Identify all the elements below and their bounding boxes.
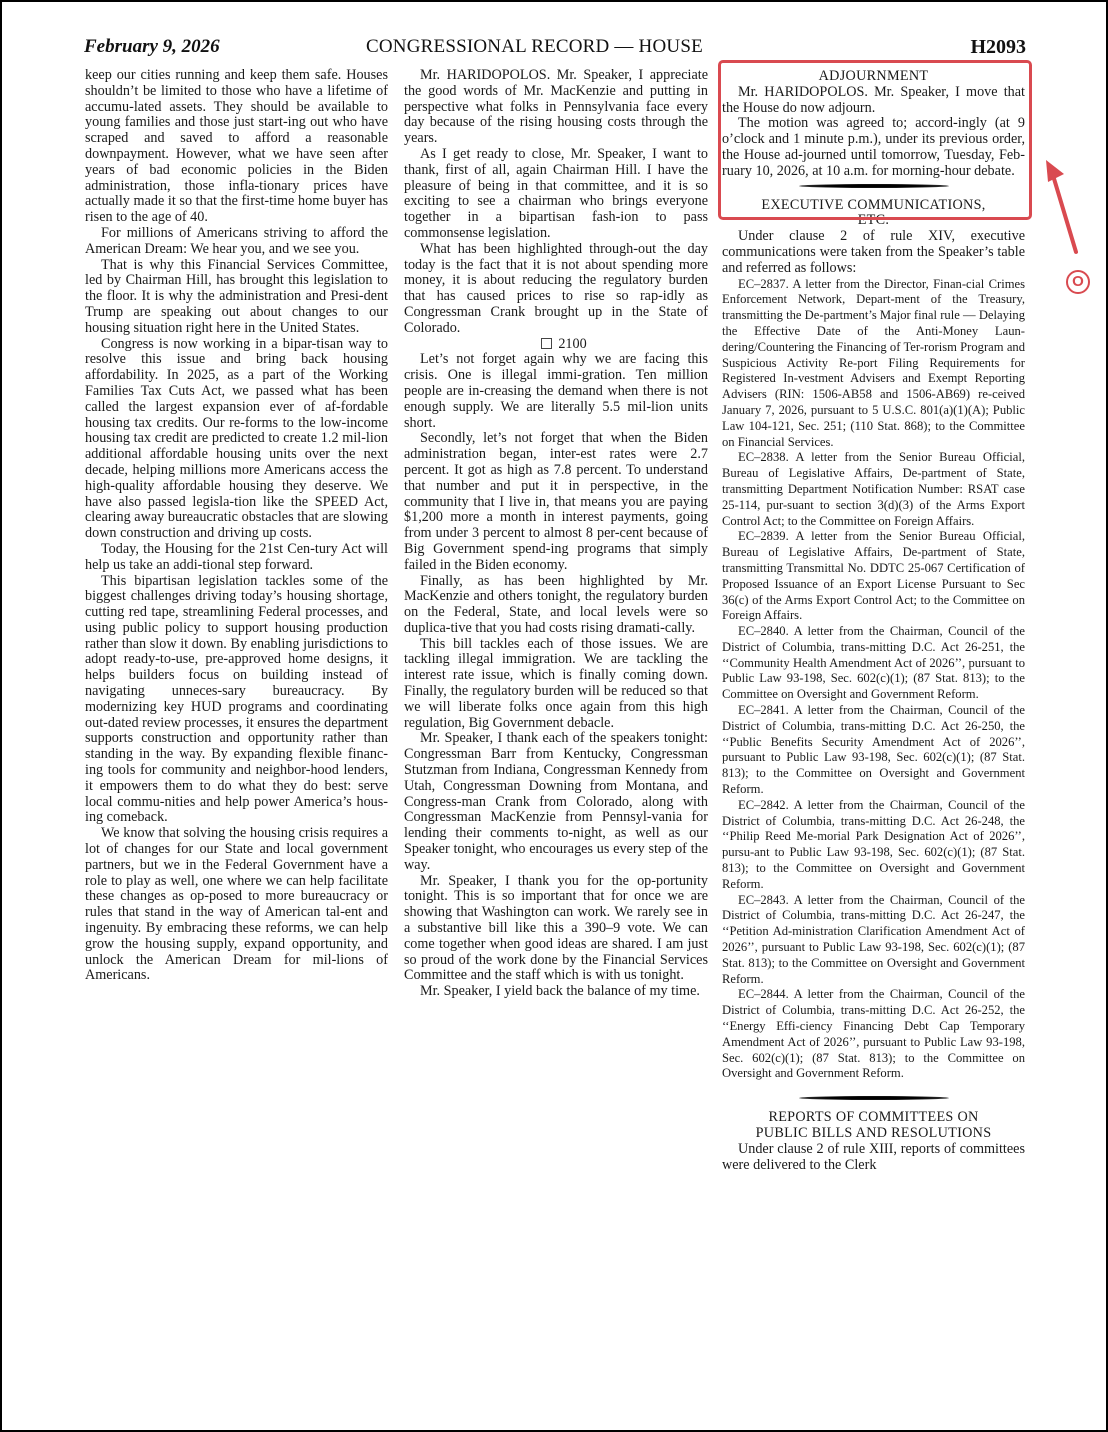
paragraph: This bill tackles each of those issues. … — [404, 637, 708, 732]
ec-item: EC–2841. A letter from the Chairman, Cou… — [722, 703, 1025, 798]
column-2: Mr. HARIDOPOLOS. Mr. Speaker, I apprecia… — [404, 68, 708, 1000]
paragraph: As I get ready to close, Mr. Speaker, I … — [404, 147, 708, 242]
paragraph: The motion was agreed to; accord-ingly (… — [722, 116, 1025, 179]
paragraph: Under clause 2 of rule XIII, reports of … — [722, 1142, 1025, 1174]
paragraph: Secondly, let’s not forget that when the… — [404, 431, 708, 573]
paragraph: Finally, as has been highlighted by Mr. … — [404, 574, 708, 637]
exec-comm-heading-line1: EXECUTIVE COMMUNICATIONS, — [722, 198, 1025, 214]
paragraph: Today, the Housing for the 21st Cen-tury… — [85, 542, 388, 574]
paragraph: Mr. Speaker, I thank you for the op-port… — [404, 874, 708, 985]
paragraph: Mr. Speaker, I yield back the balance of… — [404, 984, 708, 1000]
paragraph: For millions of Americans striving to af… — [85, 226, 388, 258]
header-title: CONGRESSIONAL RECORD — HOUSE — [366, 36, 703, 58]
paragraph: Mr. Speaker, I thank each of the speaker… — [404, 731, 708, 873]
annotation-arrow-icon — [1042, 152, 1092, 262]
paragraph: Mr. HARIDOPOLOS. Mr. Speaker, I apprecia… — [404, 68, 708, 147]
paragraph: Let’s not forget again why we are facing… — [404, 352, 708, 431]
paragraph: Congress is now working in a bipar-tisan… — [85, 337, 388, 542]
column-3: ADJOURNMENT Mr. HARIDOPOLOS. Mr. Speaker… — [722, 68, 1025, 1173]
executive-communications-section: EXECUTIVE COMMUNICATIONS, ETC. Under cla… — [722, 198, 1025, 1083]
header-page-number: H2093 — [970, 36, 1026, 59]
ec-item: EC–2843. A letter from the Chairman, Cou… — [722, 893, 1025, 988]
ec-item: EC–2838. A letter from the Senior Bureau… — [722, 450, 1025, 529]
annotation-label: O — [1066, 270, 1090, 294]
section-divider — [799, 184, 949, 188]
paragraph: We know that solving the housing crisis … — [85, 826, 388, 984]
time-marker-text: 2100 — [558, 336, 586, 352]
ec-item: EC–2842. A letter from the Chairman, Cou… — [722, 798, 1025, 893]
document-page: February 9, 2026 CONGRESSIONAL RECORD — … — [2, 2, 1106, 1430]
ec-item: EC–2837. A letter from the Director, Fin… — [722, 277, 1025, 451]
paragraph: What has been highlighted through-out th… — [404, 242, 708, 337]
paragraph: This bipartisan legislation tackles some… — [85, 574, 388, 827]
time-marker: 2100 — [404, 337, 708, 353]
adjournment-heading: ADJOURNMENT — [722, 69, 1025, 85]
exec-comm-heading-line2: ETC. — [722, 213, 1025, 229]
reports-heading-line2: PUBLIC BILLS AND RESOLUTIONS — [722, 1126, 1025, 1142]
ec-item: EC–2840. A letter from the Chairman, Cou… — [722, 624, 1025, 703]
column-1: keep our cities running and keep them sa… — [85, 68, 388, 984]
checkbox-square-icon — [541, 338, 552, 349]
paragraph: keep our cities running and keep them sa… — [85, 68, 388, 226]
section-divider — [799, 1096, 949, 1100]
running-head: February 9, 2026 CONGRESSIONAL RECORD — … — [84, 36, 1026, 62]
reports-heading-line1: REPORTS OF COMMITTEES ON — [722, 1110, 1025, 1126]
ec-item: EC–2844. A letter from the Chairman, Cou… — [722, 987, 1025, 1082]
paragraph: That is why this Financial Services Comm… — [85, 258, 388, 337]
header-date: February 9, 2026 — [84, 36, 220, 58]
ec-item: EC–2839. A letter from the Senior Bureau… — [722, 529, 1025, 624]
reports-section: REPORTS OF COMMITTEES ON PUBLIC BILLS AN… — [722, 1110, 1025, 1173]
paragraph: Mr. HARIDOPOLOS. Mr. Speaker, I move tha… — [722, 85, 1025, 117]
adjournment-section: ADJOURNMENT Mr. HARIDOPOLOS. Mr. Speaker… — [722, 69, 1025, 180]
paragraph: Under clause 2 of rule XIV, executive co… — [722, 229, 1025, 276]
